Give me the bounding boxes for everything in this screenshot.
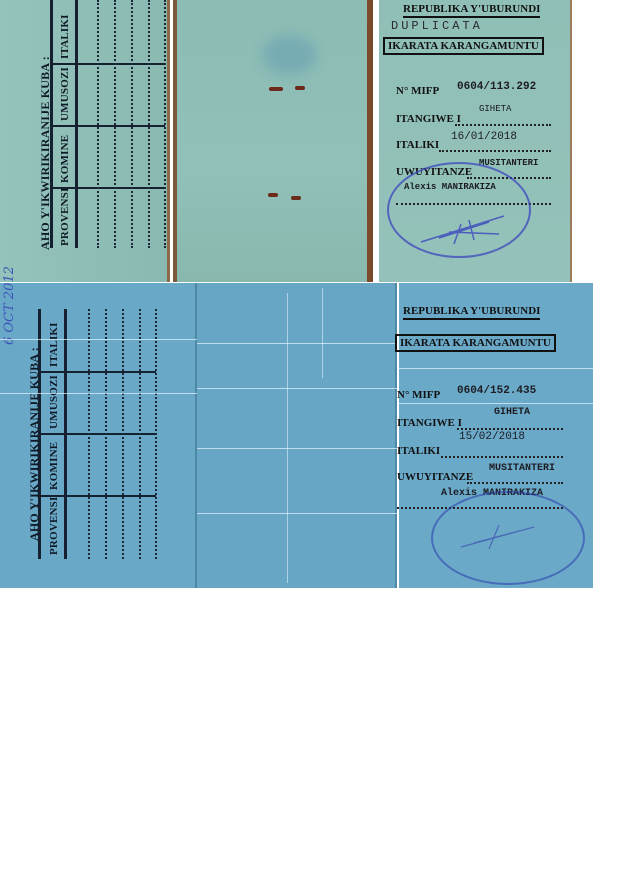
column-komine: KOMINE xyxy=(59,135,71,183)
crease xyxy=(0,339,197,340)
column-italiki: ITALIKI xyxy=(48,322,60,367)
residence-table-panel: AHO Y'IKWIRIKIRANIJE KUBA : PROVENSI KOM… xyxy=(0,0,170,282)
issuer-title: MUSITANTERI xyxy=(489,463,555,474)
date-value: 15/02/2018 xyxy=(459,431,525,443)
crease xyxy=(197,343,397,344)
blank-cover-panel xyxy=(197,283,397,588)
blank-cover-panel xyxy=(173,0,373,282)
issued-at-label: ITANGIWE I xyxy=(397,417,462,429)
crease xyxy=(0,393,197,394)
mifp-label: N° MIFP xyxy=(397,389,440,401)
entry-line xyxy=(88,309,90,559)
column-provensi: PROVENSI xyxy=(59,188,71,246)
residence-table: AHO Y'IKWIRIKIRANIJE KUBA : PROVENSI KOM… xyxy=(0,283,197,588)
entry-line xyxy=(114,0,116,248)
duplicate-stamp: DUPLICATA xyxy=(391,19,483,33)
identity-info-panel: REPUBLIKA Y'UBURUNDI DUPLICATA IKARATA K… xyxy=(379,0,572,282)
issued-at-value: GIHETA xyxy=(494,407,530,418)
issued-at-value: GIHETA xyxy=(479,104,511,114)
mifp-value: 0604/113.292 xyxy=(457,81,536,93)
entry-line xyxy=(139,309,141,559)
staple-hole xyxy=(291,196,301,200)
dotted-line xyxy=(455,124,551,126)
crease xyxy=(197,388,397,389)
table-border xyxy=(50,0,53,248)
signature xyxy=(459,521,539,551)
dotted-line xyxy=(457,428,563,430)
identity-card-duplicate: AHO Y'IKWIRIKIRANIJE KUBA : PROVENSI KOM… xyxy=(0,0,572,282)
crease xyxy=(399,403,593,404)
entry-line xyxy=(97,0,99,248)
staple-hole xyxy=(295,86,305,90)
crease xyxy=(399,368,593,369)
staple-hole xyxy=(269,87,283,91)
column-provensi: PROVENSI xyxy=(48,497,60,555)
date-label: ITALIKI xyxy=(397,445,440,457)
card-title: IKARATA KARANGAMUNTU xyxy=(383,37,544,55)
table-border xyxy=(75,0,78,248)
column-umusozi: UMUSOZI xyxy=(59,67,71,121)
column-umusozi: UMUSOZI xyxy=(48,375,60,429)
identity-card: 6 OCT 2012 AHO Y'IKWIRIKIRANIJE KUBA : P… xyxy=(0,283,593,588)
crease xyxy=(322,288,323,378)
signature xyxy=(419,212,509,248)
entry-line xyxy=(122,309,124,559)
entry-line xyxy=(131,0,133,248)
mifp-value: 0604/152.435 xyxy=(457,385,536,397)
column-italiki: ITALIKI xyxy=(59,14,71,59)
dotted-line xyxy=(439,150,551,152)
residence-table-panel: 6 OCT 2012 AHO Y'IKWIRIKIRANIJE KUBA : P… xyxy=(0,283,197,588)
crease xyxy=(287,293,288,583)
republic-heading: REPUBLIKA Y'UBURUNDI xyxy=(403,3,540,18)
dotted-line xyxy=(441,456,563,458)
crease xyxy=(197,513,397,514)
issued-at-label: ITANGIWE I xyxy=(396,113,461,125)
date-value: 16/01/2018 xyxy=(451,131,517,143)
identity-info-panel: REPUBLIKA Y'UBURUNDI IKARATA KARANGAMUNT… xyxy=(399,283,593,588)
crease xyxy=(197,448,397,449)
staple-hole xyxy=(268,193,278,197)
card-title: IKARATA KARANGAMUNTU xyxy=(395,334,556,352)
entry-line xyxy=(155,309,157,559)
water-stain xyxy=(262,35,317,75)
date-label: ITALIKI xyxy=(396,139,439,151)
mifp-label: N° MIFP xyxy=(396,85,439,97)
issuer-label: UWUYITANZE xyxy=(397,471,473,483)
entry-line xyxy=(148,0,150,248)
republic-heading: REPUBLIKA Y'UBURUNDI xyxy=(403,305,540,320)
entry-line xyxy=(105,309,107,559)
residence-table: AHO Y'IKWIRIKIRANIJE KUBA : PROVENSI KOM… xyxy=(0,0,170,282)
dotted-line xyxy=(467,482,563,484)
entry-line xyxy=(164,0,166,248)
column-komine: KOMINE xyxy=(48,442,60,490)
